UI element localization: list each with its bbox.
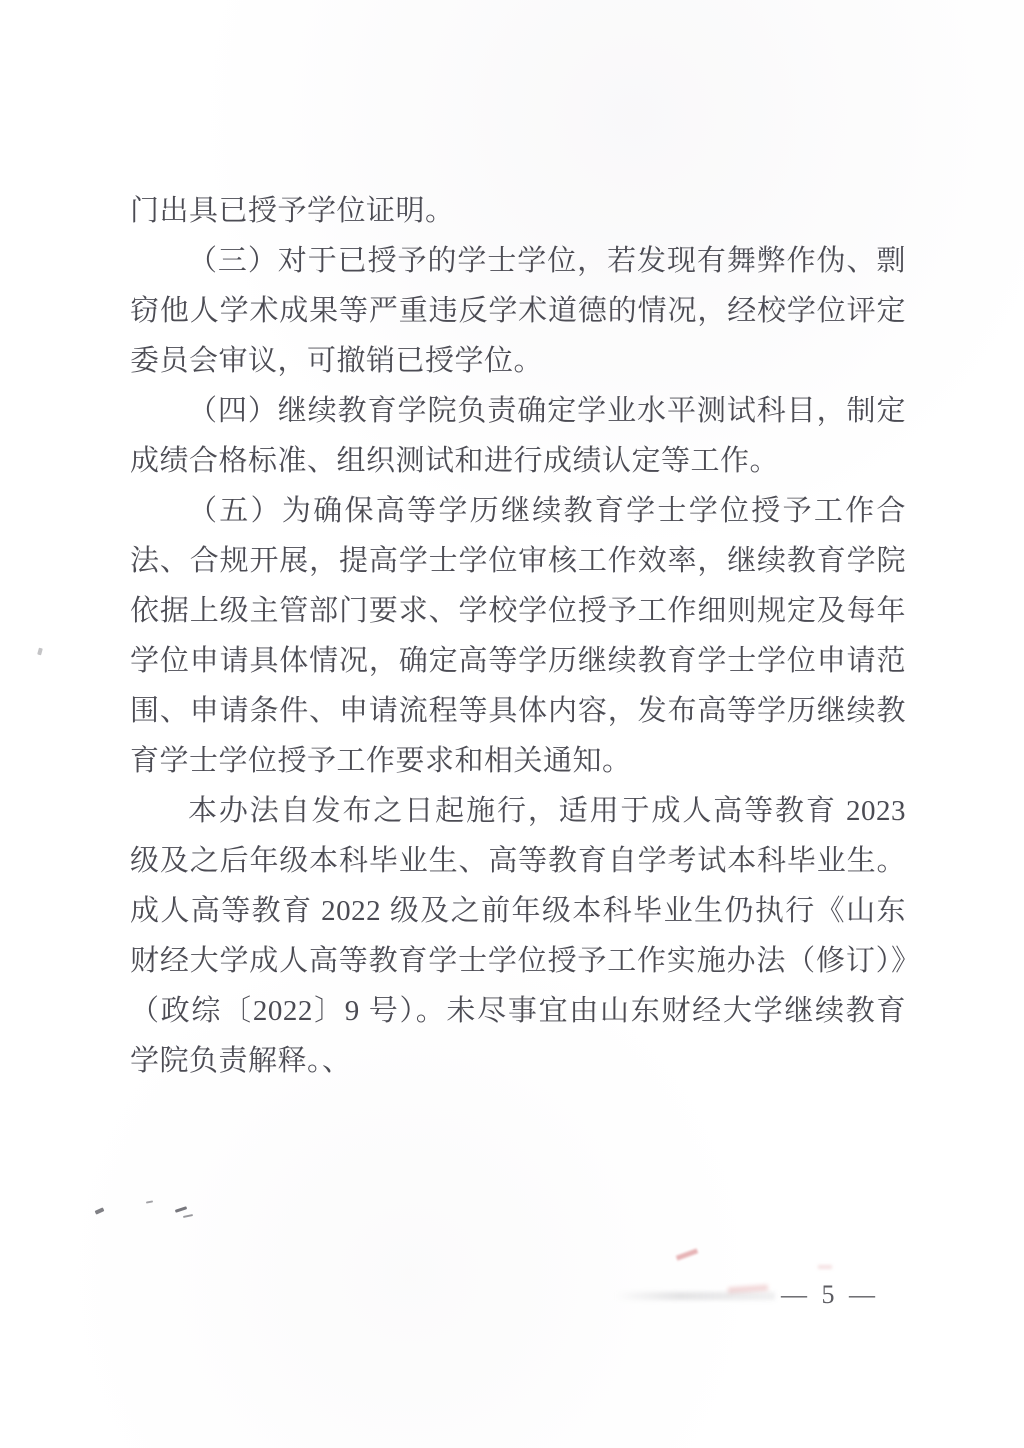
document-body-text: 门出具已授予学位证明。 （三）对于已授予的学士学位，若发现有舞弊作伪、剽窃他人学…: [130, 186, 906, 1086]
scan-red-mark: [818, 1265, 832, 1269]
scan-speck: [183, 1214, 193, 1218]
scan-red-mark: [728, 1285, 768, 1294]
scanned-document-page: 门出具已授予学位证明。 （三）对于已授予的学士学位，若发现有舞弊作伪、剽窃他人学…: [0, 0, 1024, 1448]
scan-smudge: [615, 1292, 775, 1300]
page-number: — 5 —: [770, 1280, 890, 1310]
scan-speck: [175, 1206, 187, 1213]
scan-red-mark: [676, 1248, 698, 1260]
scan-speck: [95, 1207, 105, 1214]
paragraph-item-5: （五）为确保高等学历继续教育学士学位授予工作合法、合规开展，提高学士学位审核工作…: [130, 486, 906, 786]
paragraph-closing: 本办法自发布之日起施行，适用于成人高等教育 2023 级及之后年级本科毕业生、高…: [130, 786, 906, 1086]
paragraph-item-3: （三）对于已授予的学士学位，若发现有舞弊作伪、剽窃他人学术成果等严重违反学术道德…: [130, 236, 906, 386]
scan-speck: [37, 648, 43, 656]
scan-speck: [146, 1200, 153, 1203]
paragraph-item-4: （四）继续教育学院负责确定学业水平测试科目，制定成绩合格标准、组织测试和进行成绩…: [130, 386, 906, 486]
paragraph-continuation: 门出具已授予学位证明。: [130, 186, 906, 236]
